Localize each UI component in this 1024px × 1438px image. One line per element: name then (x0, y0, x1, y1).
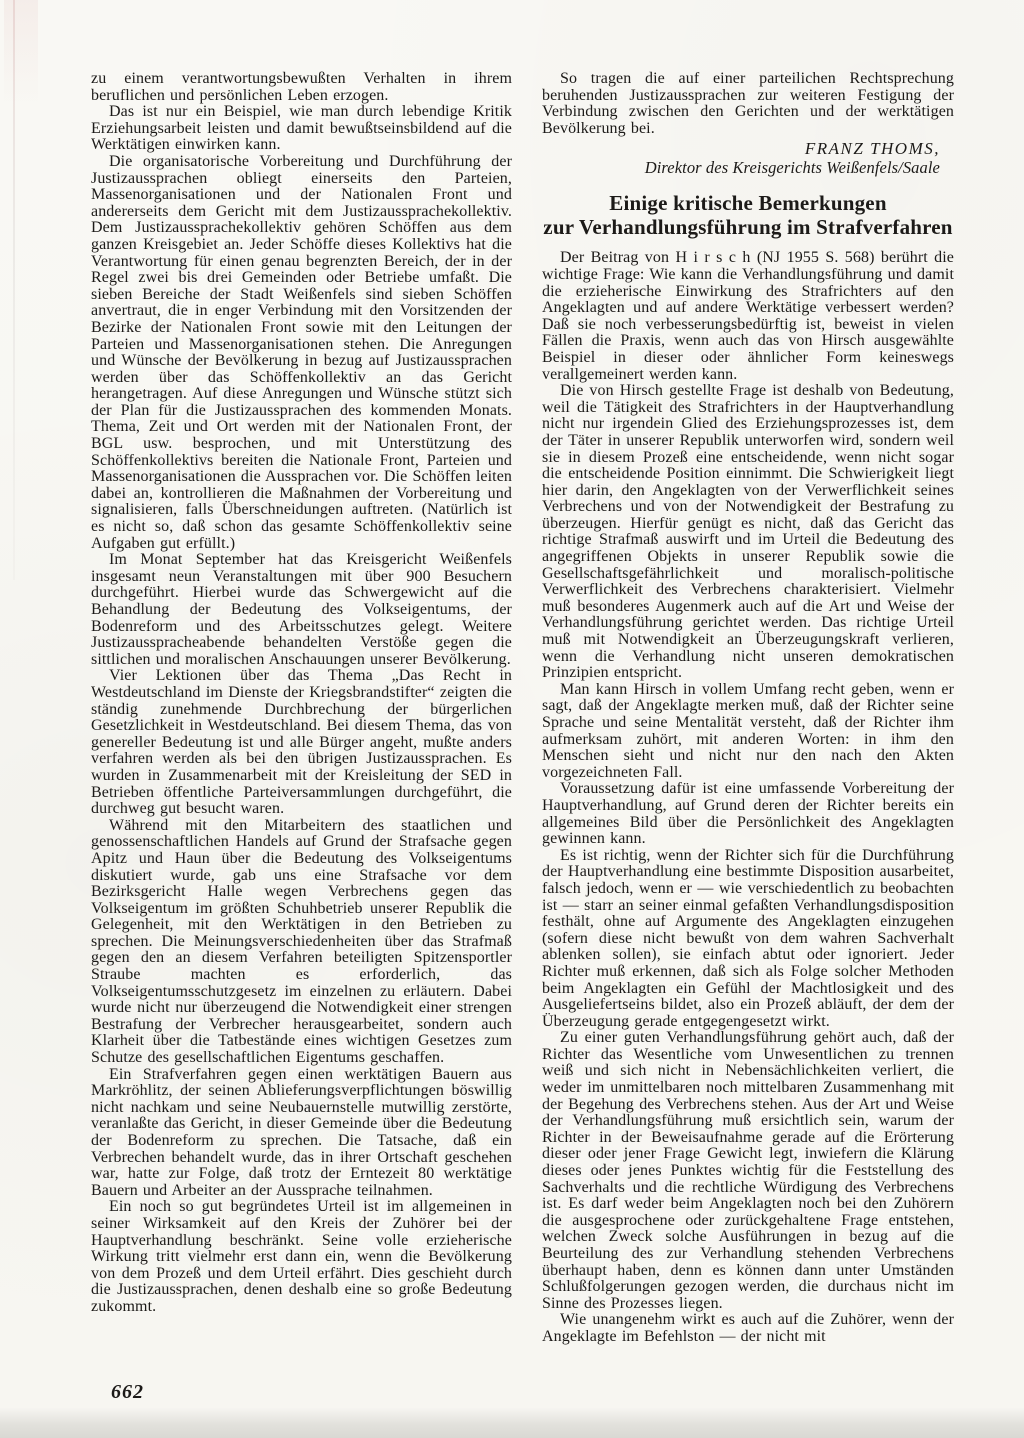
paragraph: Vier Lektionen über das Thema „Das Recht… (91, 668, 512, 817)
paragraph: Das ist nur ein Beispiel, wie man durch … (91, 104, 512, 154)
paragraph: Im Monat September hat das Kreisgericht … (91, 552, 512, 668)
article-headline-line2: zur Verhandlungsführung im Strafverfahre… (542, 216, 954, 240)
author-role: Direktor des Kreisgerichts Weißenfels/Sa… (542, 158, 940, 177)
paragraph: Der Beitrag von H i r s c h (NJ 1955 S. … (542, 250, 954, 383)
article-headline: Einige kritische Bemerkungen zur Verhand… (542, 192, 954, 239)
paragraph: Man kann Hirsch in vollem Umfang recht g… (542, 682, 954, 782)
author-name: FRANZ THOMS, (542, 139, 940, 158)
article-closing-paragraph: So tragen die auf einer parteilichen Rec… (542, 71, 954, 137)
page-number: 662 (111, 1381, 144, 1404)
paragraph: Die von Hirsch gestellte Frage ist desha… (542, 383, 954, 682)
paragraph: Es ist richtig, wenn der Richter sich fü… (542, 848, 954, 1031)
journal-page: zu einem verantwortungsbewußten Verhalte… (0, 0, 1024, 1438)
paragraph: Ein noch so gut begründetes Urteil ist i… (91, 1199, 512, 1315)
paragraph: Zu einer guten Verhandlungsführung gehör… (542, 1030, 954, 1312)
scan-smudge-top-left (4, 0, 38, 130)
paragraph: Ein Strafverfahren gegen einen werktätig… (91, 1067, 512, 1200)
author-signature: FRANZ THOMS, Direktor des Kreisgerichts … (542, 139, 954, 177)
paragraph: zu einem verantwortungsbewußten Verhalte… (91, 71, 512, 104)
scan-edge-line (13, 0, 15, 580)
scan-bottom-band (0, 1408, 1024, 1438)
paragraph: Voraussetzung dafür ist eine umfassende … (542, 781, 954, 847)
left-column: zu einem verantwortungsbewußten Verhalte… (91, 71, 512, 1316)
paragraph: Wie unangenehm wirkt es auch auf die Zuh… (542, 1312, 954, 1345)
article-headline-line1: Einige kritische Bemerkungen (542, 192, 954, 216)
paragraph: Während mit den Mitarbeitern des staatli… (91, 818, 512, 1067)
paragraph: Die organisatorische Vorbereitung und Du… (91, 154, 512, 552)
right-column: So tragen die auf einer parteilichen Rec… (542, 71, 954, 1346)
